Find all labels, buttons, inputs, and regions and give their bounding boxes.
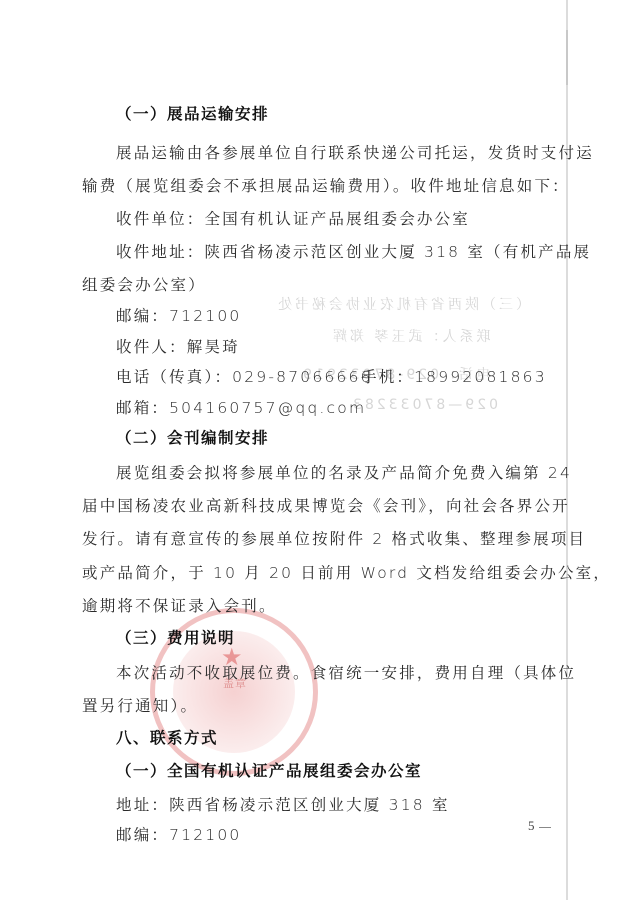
recipient-unit: 收件单位：全国有机认证产品展组委会办公室: [116, 207, 470, 229]
paragraph-line: 输费（展览组委会不承担展品运输费用）。收件地址信息如下：: [82, 174, 570, 196]
section-heading-exhibit-shipping: （一）展品运输安排: [116, 102, 269, 124]
contact-postcode: 邮编：712100: [116, 823, 241, 845]
page-number: 5: [528, 818, 551, 834]
document-page: （三）陕西省有机农业协会秘书处 联系人：武玉琴 郑辉 电话：029-870329…: [0, 0, 631, 900]
recipient-address-continued: 组委会办公室）: [82, 273, 206, 295]
paragraph-line: 展览组委会拟将参展单位的名录及产品简介免费入编第 24: [116, 461, 572, 483]
recipient-address: 收件地址：陕西省杨凌示范区创业大厦 318 室（有机产品展: [116, 240, 591, 262]
section-heading-contact: 八、联系方式: [116, 726, 218, 748]
bleed-through-text: 联系人：武玉琴 郑辉: [330, 326, 490, 346]
paragraph-line: 展品运输由各参展单位自行联系快递公司托运，发货时支付运: [116, 141, 594, 163]
bleed-through-text: （三）陕西省有机农业协会秘书处: [275, 294, 530, 314]
paragraph-line: 或产品简介，于 10 月 20 日前用 Word 文档发给组委会办公室，: [82, 561, 611, 583]
postcode: 邮编：712100: [116, 304, 241, 326]
mobile-phone: 手机：18992081863: [361, 365, 547, 387]
bleed-through-text: 029—87033283: [350, 397, 498, 413]
paragraph-line: 本次活动不收取展位费。食宿统一安排，费用自理（具体位: [116, 661, 576, 683]
email: 邮箱：504160757@qq.com: [116, 396, 366, 418]
paragraph-line: 逾期将不保证录入会刊。: [82, 594, 277, 616]
recipient-name: 收件人：解昊琦: [116, 335, 240, 357]
page-number-value: 5: [528, 818, 535, 833]
page-edge-line: [566, 0, 568, 900]
paragraph-line: 置另行通知）。: [82, 694, 198, 716]
section-heading-fees: （三）费用说明: [116, 626, 235, 648]
page-edge-shadow: [566, 30, 568, 85]
contact-address: 地址：陕西省杨凌示范区创业大厦 318 室: [116, 793, 450, 815]
paragraph-line: 发行。请有意宣传的参展单位按附件 2 格式收集、整理参展项目: [82, 527, 586, 549]
section-heading-proceedings: （二）会刊编制安排: [116, 426, 269, 448]
sub-heading-organizing-office: （一）全国有机认证产品展组委会办公室: [116, 759, 422, 781]
phone-fax: 电话（传真）：029-87066666: [116, 365, 373, 387]
paragraph-line: 届中国杨凌农业高新科技成果博览会《会刊》，向社会各界公开: [82, 494, 570, 516]
page-number-dash: [539, 827, 551, 828]
